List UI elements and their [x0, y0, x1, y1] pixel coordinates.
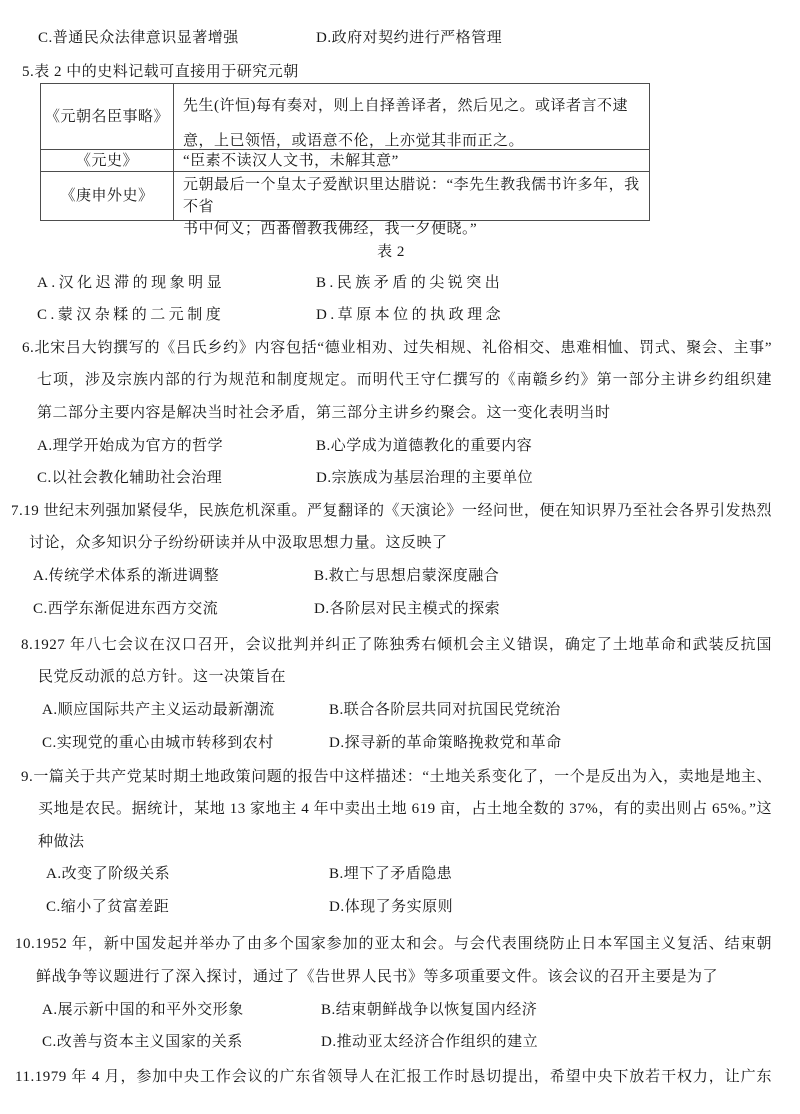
q7-option-a: A.传统学术体系的渐进调整 — [33, 566, 314, 586]
q7-option-b: B.救亡与思想启蒙深度融合 — [314, 566, 499, 586]
table-content-cell: 元朝最后一个皇太子爱猷识里达腊说：“李先生教我儒书许多年，我不省 书中何义；西番… — [174, 172, 649, 220]
q10-options-row: C.改善与资本主义国家的关系 D.推动亚太经济合作组织的建立 — [42, 1032, 538, 1052]
q10-option-a: A.展示新中国的和平外交形象 — [42, 1000, 321, 1020]
q8-option-b: B.联合各阶层共同对抗国民党统治 — [329, 700, 561, 720]
q11-stem-line: 11.1979 年 4 月，参加中央工作会议的广东省领导人在汇报工作时恳切提出，… — [15, 1067, 772, 1087]
q9-stem-line: 买地是农民。据统计，某地 13 家地主 4 年中卖出土地 619 亩，占土地全数… — [38, 799, 772, 819]
table-source-cell: 《元朝名臣事略》 — [41, 84, 174, 149]
q5-stem: 5.表 2 中的史料记载可直接用于研究元朝 — [22, 62, 299, 82]
q10-option-c: C.改善与资本主义国家的关系 — [42, 1032, 321, 1052]
q5-option-b: B.民族矛盾的尖锐突出 — [316, 273, 503, 293]
q5-option-a: A.汉化迟滞的现象明显 — [37, 273, 316, 293]
q9-option-d: D.体现了务实原则 — [329, 897, 453, 917]
q5-options-row: C.蒙汉杂糅的二元制度 D.草原本位的执政理念 — [37, 305, 504, 325]
q6-option-a: A.理学开始成为官方的哲学 — [37, 436, 316, 456]
exam-paper-page: C.普通民众法律意识显著增强 D.政府对契约进行严格管理 5.表 2 中的史料记… — [0, 0, 800, 1114]
q9-stem-line: 9.一篇关于共产党某时期土地政策问题的报告中这样描述：“土地关系变化了，一个是反… — [21, 767, 772, 787]
q6-option-b: B.心学成为道德教化的重要内容 — [316, 436, 532, 456]
q10-options-row: A.展示新中国的和平外交形象 B.结束朝鲜战争以恢复国内经济 — [42, 1000, 537, 1020]
q10-option-b: B.结束朝鲜战争以恢复国内经济 — [321, 1000, 537, 1020]
q9-stem-line: 种做法 — [38, 832, 85, 852]
q6-options-row: C.以社会教化辅助社会治理 D.宗族成为基层治理的主要单位 — [37, 468, 533, 488]
table-content-cell: 先生(许恒)每有奏对，则上自择善译者，然后见之。或译者言不逮 意，上已领悟，或语… — [174, 84, 649, 149]
q7-options-row: C.西学东渐促进东西方交流 D.各阶层对民主模式的探索 — [33, 599, 500, 619]
q6-stem-line: 6.北宋吕大钧撰写的《吕氏乡约》内容包括“德业相劝、过失相规、礼俗相交、患难相恤… — [22, 338, 772, 358]
table-content-line: 先生(许恒)每有奏对，则上自择善译者，然后见之。或译者言不逮 — [183, 89, 643, 124]
q9-options-row: A.改变了阶级关系 B.埋下了矛盾隐患 — [46, 864, 452, 884]
q10-stem-line: 鲜战争等议题进行了深入探讨，通过了《告世界人民书》等多项重要文件。该会议的召开主… — [36, 967, 718, 987]
q8-options-row: C.实现党的重心由城市转移到农村 D.探寻新的革命策略挽救党和革命 — [42, 733, 562, 753]
table-content-line: “臣素不读汉人文书，未解其意” — [183, 150, 643, 172]
q8-option-c: C.实现党的重心由城市转移到农村 — [42, 733, 329, 753]
q5-option-c: C.蒙汉杂糅的二元制度 — [37, 305, 316, 325]
q8-options-row: A.顺应国际共产主义运动最新潮流 B.联合各阶层共同对抗国民党统治 — [42, 700, 561, 720]
table-row: 《元史》 “臣素不读汉人文书，未解其意” — [41, 150, 649, 172]
q6-option-c: C.以社会教化辅助社会治理 — [37, 468, 316, 488]
q5-options-row: A.汉化迟滞的现象明显 B.民族矛盾的尖锐突出 — [37, 273, 503, 293]
q8-option-a: A.顺应国际共产主义运动最新潮流 — [42, 700, 329, 720]
q4-option-d: D.政府对契约进行严格管理 — [316, 28, 502, 48]
table-content-line: 元朝最后一个皇太子爱猷识里达腊说：“李先生教我儒书许多年，我不省 — [183, 174, 643, 218]
q7-stem-line: 7.19 世纪末列强加紧侵华，民族危机深重。严复翻译的《天演论》一经问世，便在知… — [11, 501, 772, 521]
q9-option-c: C.缩小了贫富差距 — [46, 897, 329, 917]
q9-option-a: A.改变了阶级关系 — [46, 864, 329, 884]
table-source-cell: 《庚申外史》 — [41, 172, 174, 220]
q7-option-d: D.各阶层对民主模式的探索 — [314, 599, 500, 619]
q9-options-row: C.缩小了贫富差距 D.体现了务实原则 — [46, 897, 453, 917]
q7-option-c: C.西学东渐促进东西方交流 — [33, 599, 314, 619]
q6-stem-line: 第二部分主要内容是解决当时社会矛盾，第三部分主讲乡约聚会。这一变化表明当时 — [37, 403, 611, 423]
q4-options-row: C.普通民众法律意识显著增强 D.政府对契约进行严格管理 — [38, 28, 502, 48]
q4-option-c: C.普通民众法律意识显著增强 — [38, 28, 316, 48]
table-source-cell: 《元史》 — [41, 150, 174, 171]
q10-option-d: D.推动亚太经济合作组织的建立 — [321, 1032, 538, 1052]
q5-option-d: D.草原本位的执政理念 — [316, 305, 504, 325]
q5-source-table: 《元朝名臣事略》 先生(许恒)每有奏对，则上自择善译者，然后见之。或译者言不逮 … — [40, 83, 650, 221]
q6-options-row: A.理学开始成为官方的哲学 B.心学成为道德教化的重要内容 — [37, 436, 532, 456]
table-row: 《元朝名臣事略》 先生(许恒)每有奏对，则上自择善译者，然后见之。或译者言不逮 … — [41, 84, 649, 150]
table-caption: 表 2 — [0, 242, 782, 262]
table-content-line: 书中何义；西番僧教我佛经，我一夕便晓。” — [183, 218, 643, 240]
q7-stem-line: 讨论，众多知识分子纷纷研读并从中汲取思想力量。这反映了 — [29, 533, 448, 553]
table-row: 《庚申外史》 元朝最后一个皇太子爱猷识里达腊说：“李先生教我儒书许多年，我不省 … — [41, 172, 649, 220]
q6-option-d: D.宗族成为基层治理的主要单位 — [316, 468, 533, 488]
q8-stem-line: 民党反动派的总方针。这一决策旨在 — [38, 667, 286, 687]
q10-stem-line: 10.1952 年，新中国发起并举办了由多个国家参加的亚太和会。与会代表围绕防止… — [15, 934, 772, 954]
q8-stem-line: 8.1927 年八七会议在汉口召开，会议批判并纠正了陈独秀右倾机会主义错误，确定… — [21, 635, 772, 655]
q7-options-row: A.传统学术体系的渐进调整 B.救亡与思想启蒙深度融合 — [33, 566, 499, 586]
q6-stem-line: 七项，涉及宗族内部的行为规范和制度规定。而明代王守仁撰写的《南赣乡约》第一部分主… — [37, 370, 772, 390]
q8-option-d: D.探寻新的革命策略挽救党和革命 — [329, 733, 562, 753]
q9-option-b: B.埋下了矛盾隐患 — [329, 864, 452, 884]
table-content-cell: “臣素不读汉人文书，未解其意” — [174, 150, 649, 171]
